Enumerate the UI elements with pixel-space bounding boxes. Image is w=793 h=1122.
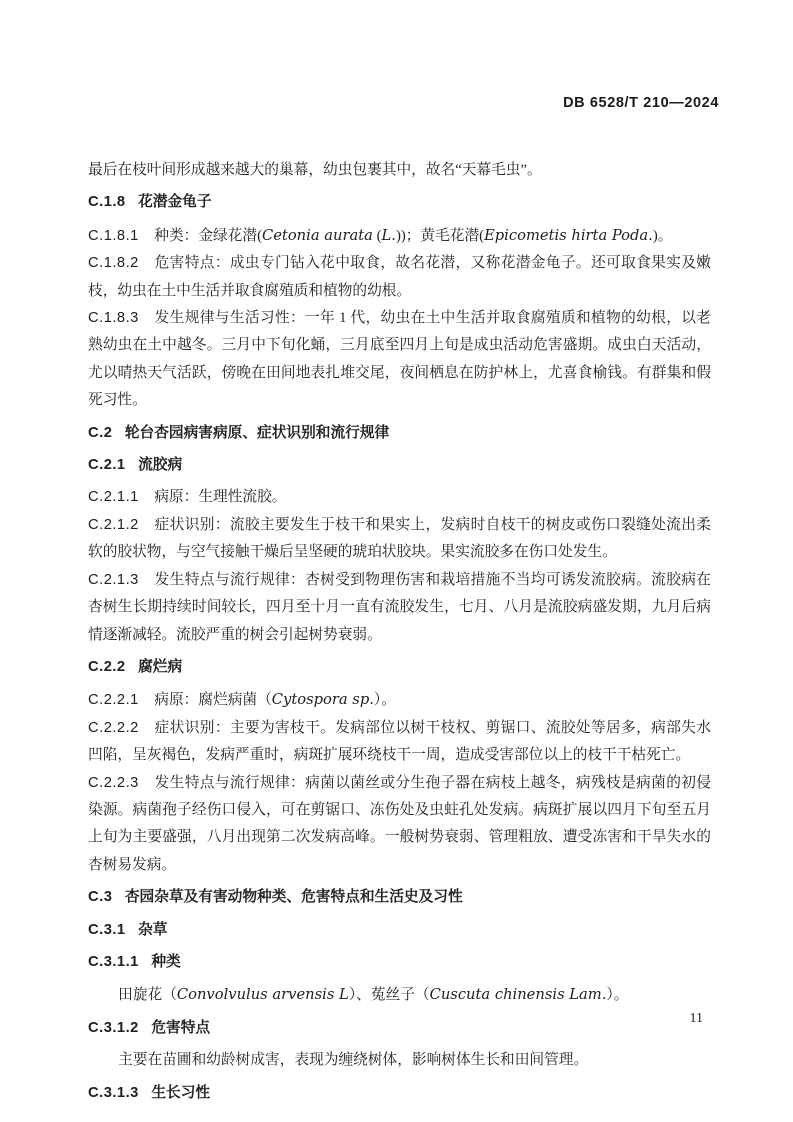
text-run: 杂草 (138, 922, 167, 938)
latin-species-name: Epicometis hirta Poda. (484, 227, 653, 244)
page-number: 11 (690, 1011, 703, 1027)
heading-c-2-2: C.2.2腐烂病 (88, 654, 711, 681)
text-run: 危害特点：成虫专门钻入花中取食，故名花潜，又称花潜金龟子。还可取食果实及嫩枝，幼… (88, 255, 711, 298)
heading-c-3-1: C.3.1杂草 (88, 917, 711, 944)
clause-number: C.2.1 (88, 457, 126, 473)
heading-c-2: C.2轮台杏园病害病原、症状识别和流行规律 (88, 420, 711, 447)
text-run: 杏园杂草及有害动物种类、危害特点和生活史及习性 (125, 889, 463, 905)
clause-number: C.2.1.3 (88, 572, 139, 588)
clause-c-2-2-3: C.2.2.3发生特点与流行规律：病菌以菌丝或分生孢子器在病枝上越冬，病残枝是病… (88, 770, 711, 880)
clause-number: C.3.1.1 (88, 954, 139, 970)
text-run: 危害特点 (151, 1020, 210, 1036)
text-run: 轮台杏园病害病原、症状识别和流行规律 (125, 425, 389, 441)
clause-c-1-8-2: C.1.8.2危害特点：成虫专门钻入花中取食，故名花潜，又称花潜金龟子。还可取食… (88, 250, 711, 305)
paragraph: 最后在枝叶间形成越来越大的巢幕，幼虫包裹其中，故名“天幕毛虫”。 (88, 157, 711, 184)
latin-species-name: Cuscuta chinensis Lam. (430, 986, 607, 1003)
latin-species-name: Cytospora sp. (272, 691, 374, 708)
clause-c-2-1-3: C.2.1.3发生特点与流行规律：杏树受到物理伤害和栽培措施不当均可诱发流胶病。… (88, 567, 711, 649)
text-run: 症状识别：流胶主要发生于枝干和果实上，发病时自枝干的树皮或伤口裂缝处流出柔软的胶… (88, 517, 711, 560)
latin-species-name: Cetonia aurata (262, 227, 373, 244)
clause-number: C.2.2 (88, 659, 126, 675)
heading-c-1-8: C.1.8花潜金龟子 (88, 189, 711, 216)
clause-number: C.3.1.2 (88, 1020, 139, 1036)
clause-number: C.1.8.2 (88, 255, 139, 271)
clause-number: C.2.1.1 (88, 489, 139, 505)
text-run: ))；黄毛花潜( (396, 228, 484, 244)
clause-number: C.3.1 (88, 922, 126, 938)
document-page: DB 6528/T 210—2024 最后在枝叶间形成越来越大的巢幕，幼虫包裹其… (0, 0, 793, 1122)
text-run: 花潜金龟子 (138, 194, 211, 210)
text-run: 病原：生理性流胶。 (154, 489, 286, 505)
clause-number: C.2.2.3 (88, 775, 139, 791)
clause-c-2-1-1: C.2.1.1病原：生理性流胶。 (88, 484, 711, 511)
text-run: 种类：金绿花潜( (154, 228, 262, 244)
heading-c-3-1-3: C.3.1.3生长习性 (88, 1080, 711, 1107)
clause-number: C.1.8.1 (88, 228, 139, 244)
heading-c-3: C.3杏园杂草及有害动物种类、危害特点和生活史及习性 (88, 884, 711, 911)
clause-number: C.2.1.2 (88, 517, 139, 533)
clause-c-2-2-1: C.2.2.1病原：腐烂病菌（Cytospora sp.）。 (88, 686, 711, 714)
paragraph: 田旋花（Convolvulus arvensis L）、菟丝子（Cuscuta … (88, 981, 711, 1009)
clause-c-1-8-3: C.1.8.3发生规律与生活习性：一年 1 代，幼虫在土中生活并取食腐殖质和植物… (88, 305, 711, 415)
standard-code-header: DB 6528/T 210—2024 (563, 95, 719, 111)
paragraph: 主要在苗圃和幼龄树成害，表现为缠绕树体，影响树体生长和田间管理。 (88, 1047, 711, 1074)
clause-c-1-8-1: C.1.8.1种类：金绿花潜(Cetonia aurata (L.))；黄毛花潜… (88, 222, 711, 250)
document-body: 最后在枝叶间形成越来越大的巢幕，幼虫包裹其中，故名“天幕毛虫”。C.1.8花潜金… (88, 157, 711, 1112)
text-run: )。 (653, 228, 673, 244)
text-run: ( (373, 228, 382, 244)
heading-c-3-1-2: C.3.1.2危害特点 (88, 1015, 711, 1042)
clause-number: C.3.1.3 (88, 1085, 139, 1101)
text-run: 发生特点与流行规律：杏树受到物理伤害和栽培措施不当均可诱发流胶病。流胶病在杏树生… (88, 572, 711, 643)
clause-number: C.1.8 (88, 194, 126, 210)
clause-number: C.2 (88, 425, 112, 441)
latin-species-name: Convolvulus arvensis L (177, 986, 349, 1003)
clause-number: C.2.2.2 (88, 720, 139, 736)
text-run: 田旋花（ (118, 987, 177, 1003)
text-run: 最后在枝叶间形成越来越大的巢幕，幼虫包裹其中，故名“天幕毛虫”。 (88, 162, 542, 178)
text-run: 流胶病 (138, 457, 182, 473)
clause-c-2-2-2: C.2.2.2症状识别：主要为害枝干。发病部位以树干枝权、剪锯口、流胶处等居多，… (88, 715, 711, 770)
text-run: 病原：腐烂病菌（ (154, 692, 272, 708)
text-run: ）。 (374, 692, 396, 708)
text-run: ）。 (606, 987, 628, 1003)
text-run: 腐烂病 (138, 659, 182, 675)
heading-c-2-1: C.2.1流胶病 (88, 452, 711, 479)
text-run: 发生规律与生活习性：一年 1 代，幼虫在土中生活并取食腐殖质和植物的幼根，以老熟… (88, 310, 711, 408)
clause-number: C.1.8.3 (88, 310, 139, 326)
heading-c-3-1-1: C.3.1.1种类 (88, 949, 711, 976)
clause-number: C.2.2.1 (88, 692, 139, 708)
text-run: 种类 (151, 954, 180, 970)
latin-species-name: L. (382, 227, 396, 244)
text-run: ）、菟丝子（ (349, 987, 430, 1003)
clause-c-2-1-2: C.2.1.2症状识别：流胶主要发生于枝干和果实上，发病时自枝干的树皮或伤口裂缝… (88, 512, 711, 567)
text-run: 发生特点与流行规律：病菌以菌丝或分生孢子器在病枝上越冬，病残枝是病菌的初侵染源。… (88, 775, 711, 873)
text-run: 生长习性 (151, 1085, 210, 1101)
text-run: 症状识别：主要为害枝干。发病部位以树干枝权、剪锯口、流胶处等居多，病部失水凹陷，… (88, 720, 711, 763)
text-run: 主要在苗圃和幼龄树成害，表现为缠绕树体，影响树体生长和田间管理。 (118, 1052, 588, 1068)
clause-number: C.3 (88, 889, 112, 905)
